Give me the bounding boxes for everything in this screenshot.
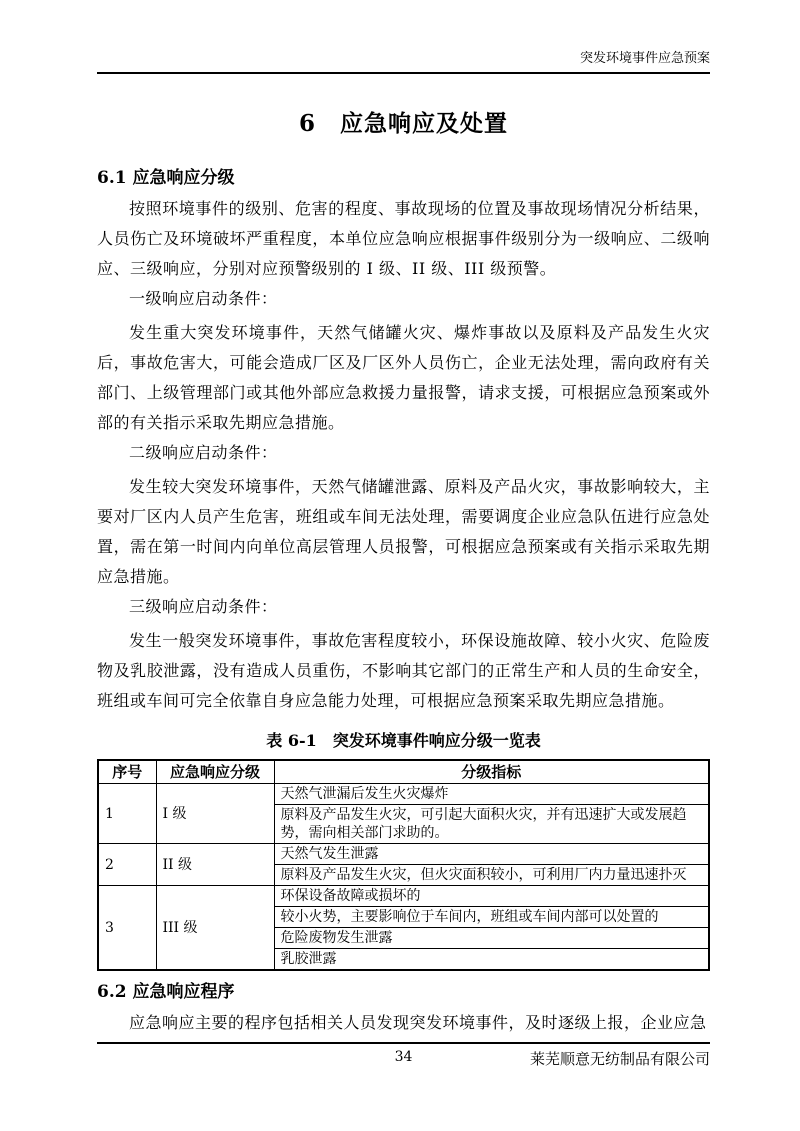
table-row: 3 III 级 环保设备故障或损坏的 — [98, 886, 709, 907]
cell-level-3: III 级 — [156, 886, 274, 971]
table-row: 2 II 级 天然气发生泄露 — [98, 844, 709, 865]
cell-indicator: 环保设备故障或损坏的 — [274, 886, 709, 907]
cell-level-2: II 级 — [156, 844, 274, 886]
table-header-row: 序号 应急响应分级 分级指标 — [98, 760, 709, 784]
col-header-no: 序号 — [98, 760, 156, 784]
paragraph-procedure-intro: 应急响应主要的程序包括相关人员发现突发环境事件，及时逐级上报，企业应急 — [97, 1008, 710, 1038]
col-header-indicator: 分级指标 — [274, 760, 709, 784]
paragraph-classification-intro: 按照环境事件的级别、危害的程度、事故现场的位置及事故现场情况分析结果，人员伤亡及… — [97, 194, 710, 284]
subheading-level2-condition: 二级响应启动条件： — [97, 438, 710, 468]
cell-indicator: 原料及产品发生火灾，但火灾面积较小，可利用厂内力量迅速扑灭 — [274, 865, 709, 886]
cell-level-1: I 级 — [156, 784, 274, 844]
subheading-level1-condition: 一级响应启动条件： — [97, 284, 710, 314]
cell-indicator: 较小火势，主要影响位于车间内，班组或车间内部可以处置的 — [274, 907, 709, 928]
paragraph-level3-condition: 发生一般突发环境事件，事故危害程度较小，环保设施故障、较小火灾、危险废物及乳胶泄… — [97, 626, 710, 716]
page-footer: 34 莱芜顺意无纺制品有限公司 — [97, 1042, 710, 1071]
cell-indicator: 天然气发生泄露 — [274, 844, 709, 865]
page-number: 34 — [395, 1049, 413, 1065]
cell-indicator: 危险废物发生泄露 — [274, 928, 709, 949]
header-title: 突发环境事件应急预案 — [580, 51, 710, 66]
cell-no-1: 1 — [98, 784, 156, 844]
page-title: 6 应急响应及处置 — [97, 108, 710, 140]
cell-indicator: 天然气泄漏后发生火灾爆炸 — [274, 784, 709, 805]
table-caption: 表 6-1 突发环境事件响应分级一览表 — [97, 728, 710, 754]
cell-indicator: 原料及产品发生火灾，可引起大面积火灾，并有迅速扩大或发展趋势，需向相关部门求助的… — [274, 805, 709, 844]
section-heading-6-1: 6.1 应急响应分级 — [97, 166, 710, 190]
cell-no-3: 3 — [98, 886, 156, 971]
col-header-level: 应急响应分级 — [156, 760, 274, 784]
cell-indicator: 乳胶泄露 — [274, 949, 709, 971]
section-heading-6-2: 6.2 应急响应程序 — [97, 980, 710, 1004]
document-page: 突发环境事件应急预案 6 应急响应及处置 6.1 应急响应分级 按照环境事件的级… — [0, 0, 800, 1131]
subheading-level3-condition: 三级响应启动条件： — [97, 592, 710, 622]
footer-company: 莱芜顺意无纺制品有限公司 — [530, 1048, 710, 1069]
cell-no-2: 2 — [98, 844, 156, 886]
paragraph-level1-condition: 发生重大突发环境事件，天然气储罐火灾、爆炸事故以及原料及产品发生火灾后，事故危害… — [97, 318, 710, 438]
response-level-table: 序号 应急响应分级 分级指标 1 I 级 天然气泄漏后发生火灾爆炸 原料及产品发… — [97, 759, 710, 971]
table-row: 1 I 级 天然气泄漏后发生火灾爆炸 — [98, 784, 709, 805]
paragraph-level2-condition: 发生较大突发环境事件，天然气储罐泄露、原料及产品火灾，事故影响较大，主要对厂区内… — [97, 472, 710, 592]
page-header: 突发环境事件应急预案 — [97, 0, 710, 74]
